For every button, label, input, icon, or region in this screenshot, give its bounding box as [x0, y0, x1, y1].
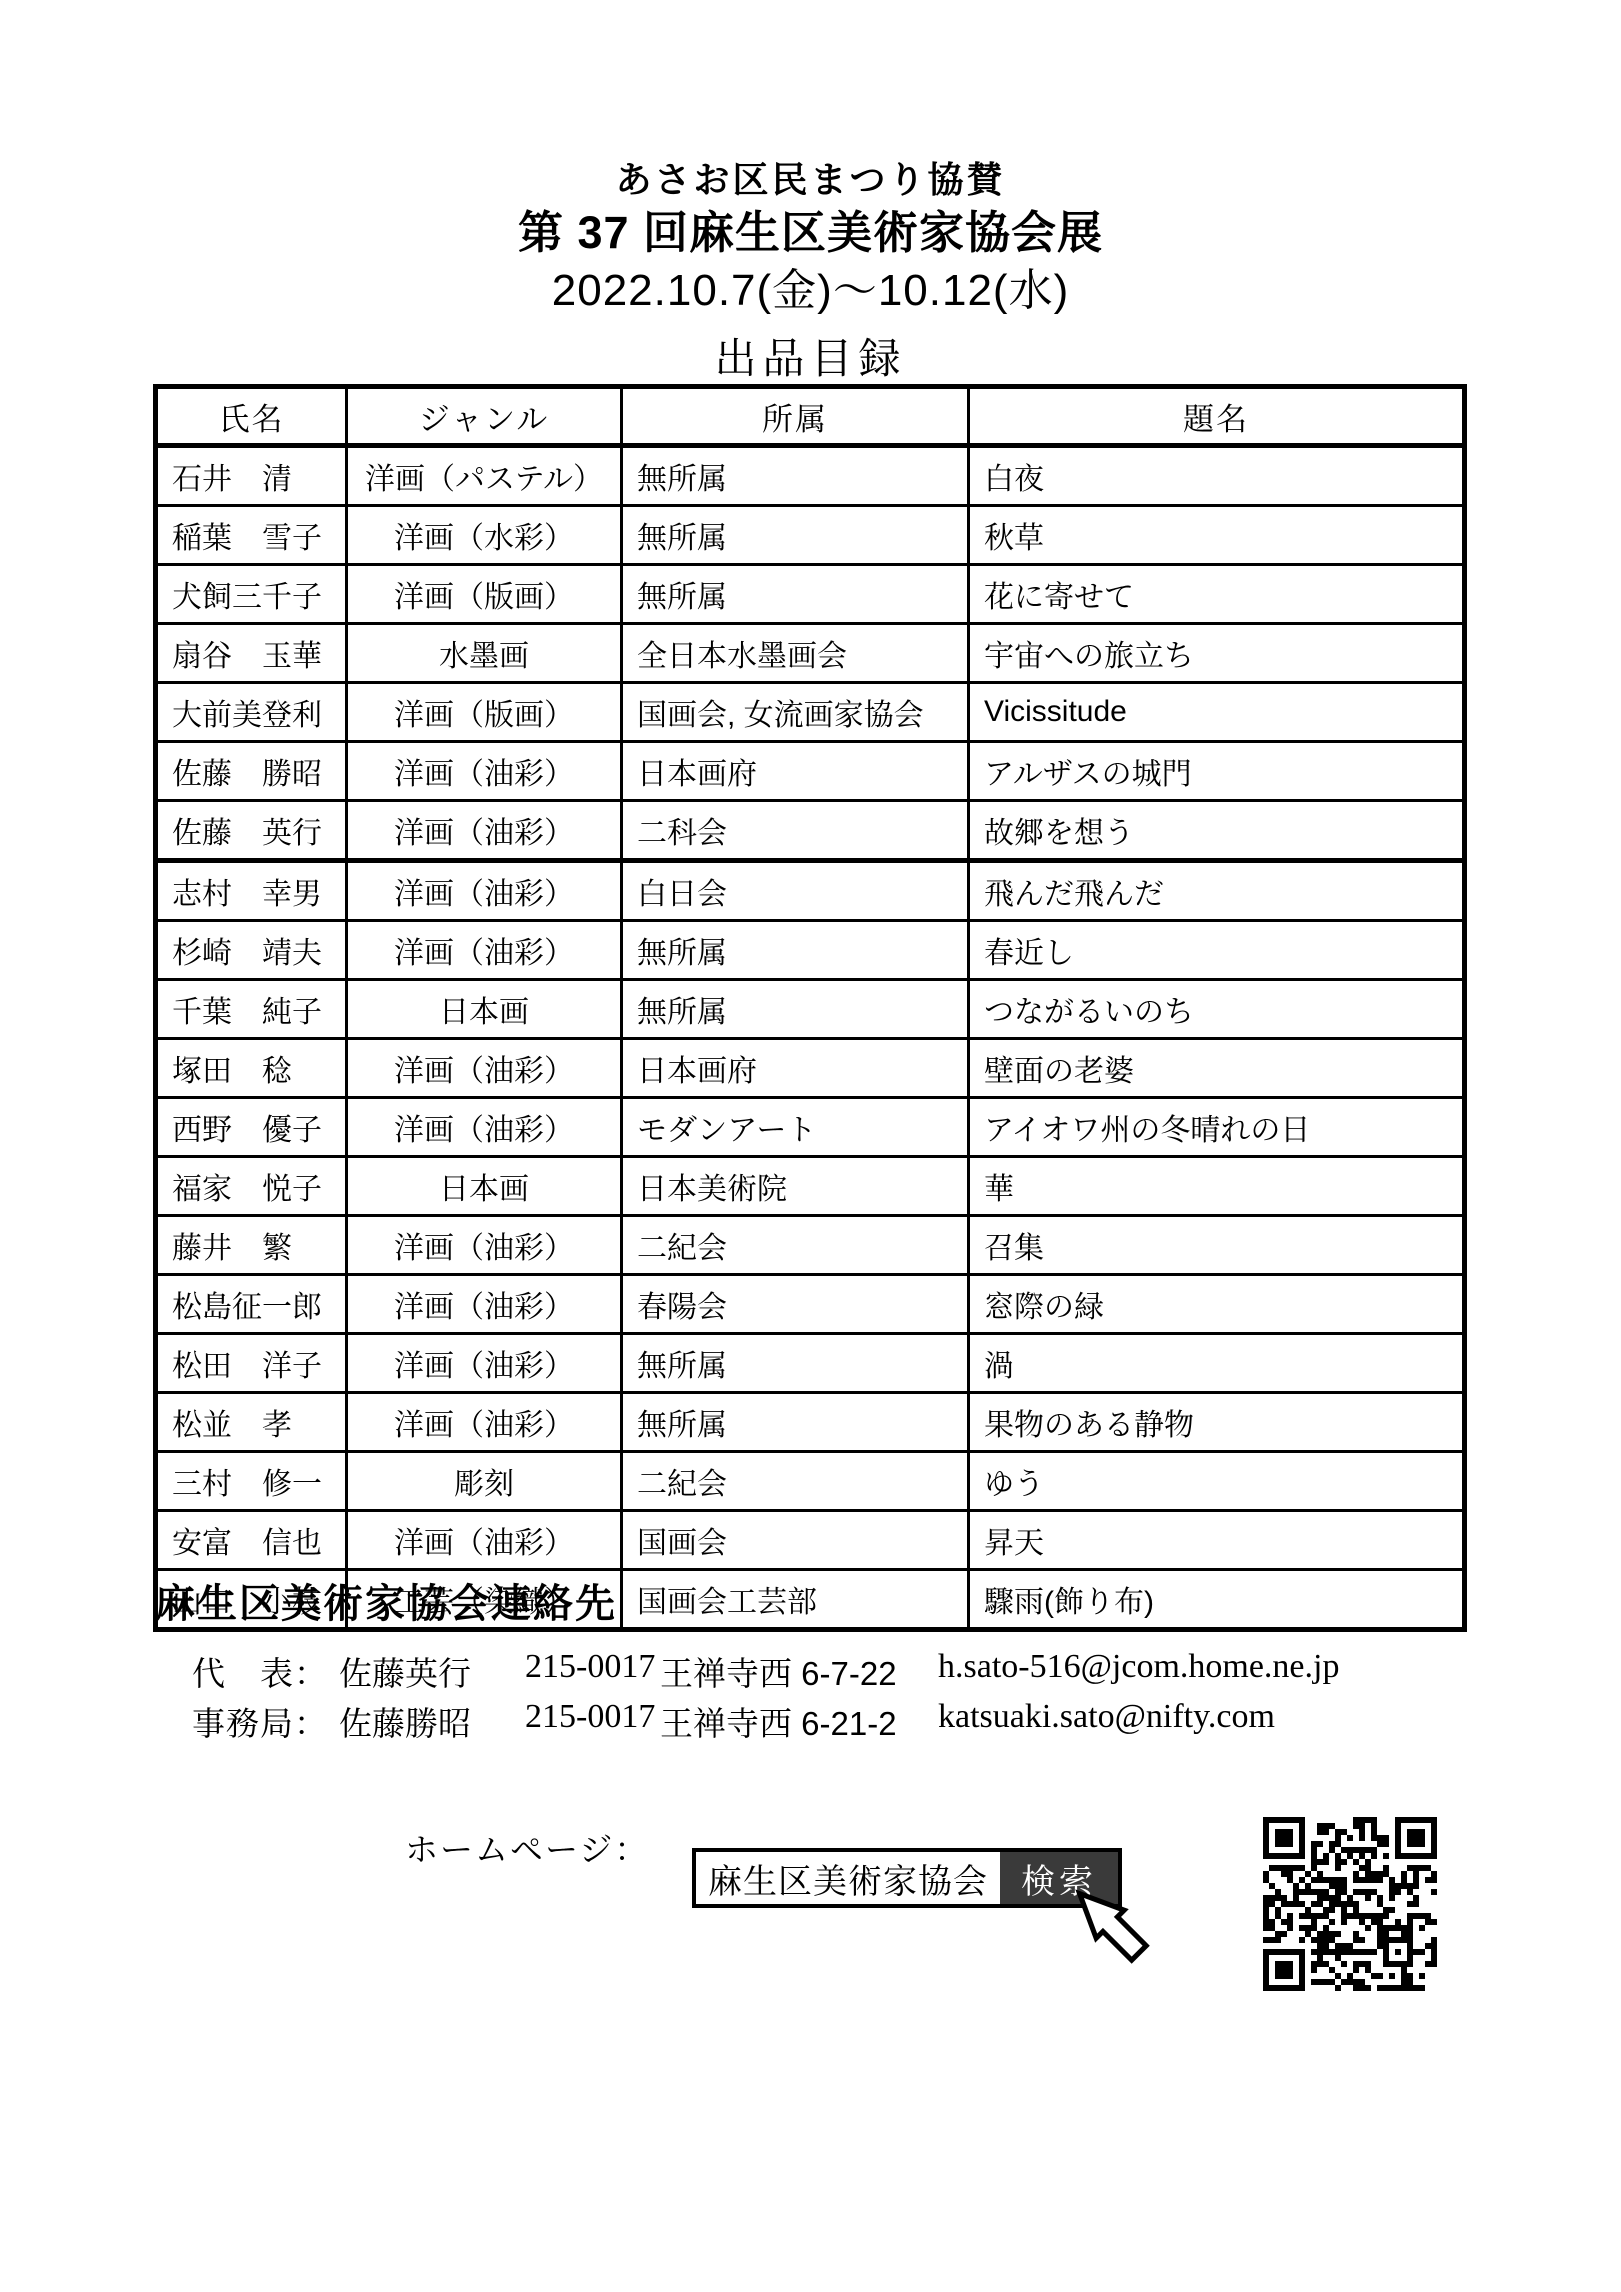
title-cell: 秋草	[969, 506, 1465, 565]
artist-name-cell: 佐藤 英行	[156, 801, 347, 861]
affiliation-cell: 無所属	[622, 446, 969, 506]
genre-cell: 洋画（油彩）	[347, 1216, 622, 1275]
genre-cell: 洋画（油彩）	[347, 1334, 622, 1393]
title-cell: 春近し	[969, 921, 1465, 980]
col-header-genre: ジャンル	[347, 387, 622, 446]
title-cell: 昇天	[969, 1511, 1465, 1570]
affiliation-cell: 日本画府	[622, 742, 969, 801]
genre-cell: 彫刻	[347, 1452, 622, 1511]
affiliation-cell: 無所属	[622, 506, 969, 565]
artist-name-cell: 藤井 繁	[156, 1216, 347, 1275]
genre-cell: 日本画	[347, 980, 622, 1039]
contact-email: katsuaki.sato@nifty.com	[938, 1698, 1275, 1736]
contact-role-label: 代 表：	[192, 1648, 328, 1695]
artist-name-cell: 三村 修一	[156, 1452, 347, 1511]
genre-cell: 洋画（油彩）	[347, 1275, 622, 1334]
catalog-list-title: 出品目録	[0, 326, 1621, 386]
contact-postal-code: 215-0017	[525, 1698, 655, 1736]
table-row: 扇谷 玉華水墨画全日本水墨画会宇宙への旅立ち	[156, 624, 1465, 683]
title-cell: Vicissitude	[969, 683, 1465, 742]
title-cell: 果物のある静物	[969, 1393, 1465, 1452]
artist-name-cell: 扇谷 玉華	[156, 624, 347, 683]
contact-heading: 麻生区美術家協会連絡先	[155, 1572, 617, 1629]
affiliation-cell: 白日会	[622, 861, 969, 921]
affiliation-cell: 無所属	[622, 1393, 969, 1452]
contact-role-label: 事務局：	[192, 1698, 328, 1745]
affiliation-cell: 春陽会	[622, 1275, 969, 1334]
genre-cell: 洋画（油彩）	[347, 742, 622, 801]
exhibit-table: 氏名 ジャンル 所属 題名 石井 清洋画（パステル）無所属白夜稲葉 雪子洋画（水…	[153, 384, 1467, 1632]
table-row: 佐藤 英行洋画（油彩）二科会故郷を想う	[156, 801, 1465, 861]
affiliation-cell: 無所属	[622, 921, 969, 980]
event-dates: 2022.10.7(金)～10.12(水)	[0, 254, 1621, 318]
qr-code-icon	[1263, 1817, 1437, 1991]
artist-name-cell: 大前美登利	[156, 683, 347, 742]
contact-row-representative: 代 表： 佐藤英行 215-0017 王禅寺西 6-7-22 h.sato-51…	[192, 1648, 1472, 1692]
table-row: 松田 洋子洋画（油彩）無所属渦	[156, 1334, 1465, 1393]
artist-name-cell: 杉崎 靖夫	[156, 921, 347, 980]
contact-postal-code: 215-0017	[525, 1648, 655, 1686]
genre-cell: 水墨画	[347, 624, 622, 683]
title-cell: 花に寄せて	[969, 565, 1465, 624]
artist-name-cell: 稲葉 雪子	[156, 506, 347, 565]
affiliation-cell: モダンアート	[622, 1098, 969, 1157]
affiliation-cell: 日本画府	[622, 1039, 969, 1098]
exhibit-table-body: 石井 清洋画（パステル）無所属白夜稲葉 雪子洋画（水彩）無所属秋草犬飼三千子洋画…	[156, 446, 1465, 1630]
affiliation-cell: 無所属	[622, 565, 969, 624]
affiliation-cell: 国画会	[622, 1511, 969, 1570]
contact-person-name: 佐藤勝昭	[339, 1698, 471, 1745]
affiliation-cell: 二科会	[622, 801, 969, 861]
artist-name-cell: 安富 信也	[156, 1511, 347, 1570]
table-row: 志村 幸男洋画（油彩）白日会飛んだ飛んだ	[156, 861, 1465, 921]
artist-name-cell: 犬飼三千子	[156, 565, 347, 624]
table-row: 塚田 稔洋画（油彩）日本画府壁面の老婆	[156, 1039, 1465, 1098]
affiliation-cell: 二紀会	[622, 1452, 969, 1511]
affiliation-cell: 全日本水墨画会	[622, 624, 969, 683]
col-header-affiliation: 所属	[622, 387, 969, 446]
table-row: 千葉 純子日本画無所属つながるいのち	[156, 980, 1465, 1039]
table-row: 藤井 繁洋画（油彩）二紀会召集	[156, 1216, 1465, 1275]
affiliation-cell: 日本美術院	[622, 1157, 969, 1216]
table-row: 松島征一郎洋画（油彩）春陽会窓際の緑	[156, 1275, 1465, 1334]
search-box: 麻生区美術家協会 検索	[692, 1848, 1122, 1908]
title-cell: 渦	[969, 1334, 1465, 1393]
artist-name-cell: 西野 優子	[156, 1098, 347, 1157]
table-row: 安富 信也洋画（油彩）国画会昇天	[156, 1511, 1465, 1570]
title-cell: 白夜	[969, 446, 1465, 506]
title-cell: アルザスの城門	[969, 742, 1465, 801]
artist-name-cell: 千葉 純子	[156, 980, 347, 1039]
table-row: 三村 修一彫刻二紀会ゆう	[156, 1452, 1465, 1511]
table-row: 福家 悦子日本画日本美術院華	[156, 1157, 1465, 1216]
genre-cell: 日本画	[347, 1157, 622, 1216]
table-row: 西野 優子洋画（油彩）モダンアートアイオワ州の冬晴れの日	[156, 1098, 1465, 1157]
table-row: 稲葉 雪子洋画（水彩）無所属秋草	[156, 506, 1465, 565]
genre-cell: 洋画（水彩）	[347, 506, 622, 565]
artist-name-cell: 志村 幸男	[156, 861, 347, 921]
homepage-label: ホームページ：	[405, 1824, 649, 1871]
affiliation-cell: 無所属	[622, 1334, 969, 1393]
genre-cell: 洋画（油彩）	[347, 1098, 622, 1157]
table-row: 石井 清洋画（パステル）無所属白夜	[156, 446, 1465, 506]
artist-name-cell: 松田 洋子	[156, 1334, 347, 1393]
genre-cell: 洋画（パステル）	[347, 446, 622, 506]
affiliation-cell: 国画会工芸部	[622, 1570, 969, 1630]
artist-name-cell: 松島征一郎	[156, 1275, 347, 1334]
contact-email: h.sato-516@jcom.home.ne.jp	[938, 1648, 1339, 1686]
genre-cell: 洋画（油彩）	[347, 1039, 622, 1098]
table-row: 松並 孝洋画（油彩）無所属果物のある静物	[156, 1393, 1465, 1452]
title-cell: つながるいのち	[969, 980, 1465, 1039]
cursor-arrow-icon	[1072, 1886, 1156, 1970]
title-cell: 華	[969, 1157, 1465, 1216]
event-title: 第 37 回麻生区美術家協会展	[0, 196, 1621, 261]
contact-row-secretariat: 事務局： 佐藤勝昭 215-0017 王禅寺西 6-21-2 katsuaki.…	[192, 1698, 1472, 1742]
genre-cell: 洋画（版画）	[347, 565, 622, 624]
table-row: 大前美登利洋画（版画）国画会, 女流画家協会Vicissitude	[156, 683, 1465, 742]
genre-cell: 洋画（油彩）	[347, 1511, 622, 1570]
artist-name-cell: 塚田 稔	[156, 1039, 347, 1098]
affiliation-cell: 無所属	[622, 980, 969, 1039]
artist-name-cell: 石井 清	[156, 446, 347, 506]
search-query-text: 麻生区美術家協会	[696, 1852, 1000, 1904]
artist-name-cell: 松並 孝	[156, 1393, 347, 1452]
artist-name-cell: 福家 悦子	[156, 1157, 347, 1216]
table-row: 犬飼三千子洋画（版画）無所属花に寄せて	[156, 565, 1465, 624]
title-cell: 飛んだ飛んだ	[969, 861, 1465, 921]
genre-cell: 洋画（版画）	[347, 683, 622, 742]
title-cell: 壁面の老婆	[969, 1039, 1465, 1098]
genre-cell: 洋画（油彩）	[347, 801, 622, 861]
title-cell: 召集	[969, 1216, 1465, 1275]
title-cell: 宇宙への旅立ち	[969, 624, 1465, 683]
title-cell: ゆう	[969, 1452, 1465, 1511]
col-header-artist-name: 氏名	[156, 387, 347, 446]
title-cell: 窓際の緑	[969, 1275, 1465, 1334]
genre-cell: 洋画（油彩）	[347, 921, 622, 980]
title-cell: 驟雨(飾り布)	[969, 1570, 1465, 1630]
genre-cell: 洋画（油彩）	[347, 861, 622, 921]
table-row: 杉崎 靖夫洋画（油彩）無所属春近し	[156, 921, 1465, 980]
col-header-title: 題名	[969, 387, 1465, 446]
catalog-page: あさお区民まつり協賛 第 37 回麻生区美術家協会展 2022.10.7(金)～…	[0, 0, 1621, 2292]
contact-address: 王禅寺西 6-21-2	[660, 1698, 897, 1745]
table-header-row: 氏名 ジャンル 所属 題名	[156, 387, 1465, 446]
title-cell: 故郷を想う	[969, 801, 1465, 861]
artist-name-cell: 佐藤 勝昭	[156, 742, 347, 801]
table-row: 佐藤 勝昭洋画（油彩）日本画府アルザスの城門	[156, 742, 1465, 801]
genre-cell: 洋画（油彩）	[347, 1393, 622, 1452]
affiliation-cell: 国画会, 女流画家協会	[622, 683, 969, 742]
affiliation-cell: 二紀会	[622, 1216, 969, 1275]
contact-address: 王禅寺西 6-7-22	[660, 1648, 897, 1695]
contact-person-name: 佐藤英行	[339, 1648, 471, 1695]
title-cell: アイオワ州の冬晴れの日	[969, 1098, 1465, 1157]
